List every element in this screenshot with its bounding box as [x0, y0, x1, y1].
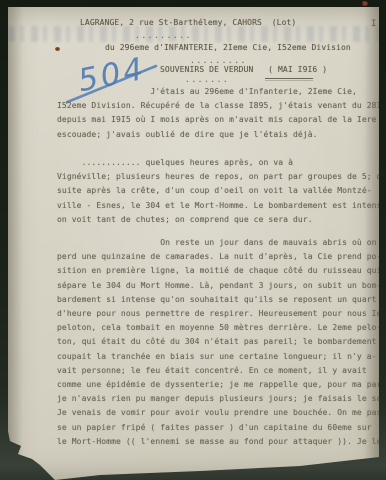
- ink-spot-stain: [55, 47, 60, 51]
- photo-background: LAGRANGE, 2 rue St-Barthélemy, CAHORS (L…: [0, 0, 386, 480]
- page-number: I: [371, 19, 377, 29]
- header-dots-2: .........: [190, 56, 247, 65]
- document-title: SOUVENIRS DE VERDUN ( MAI I9I6 ): [160, 65, 327, 74]
- corner-tear-mark: [362, 1, 368, 6]
- body-paragraph-2: ............ quelques heures après, on v…: [57, 156, 379, 227]
- title-underline: [265, 78, 313, 79]
- header-dots-1: .........: [135, 31, 192, 40]
- ink-bleed-ghost: [8, 26, 379, 42]
- body-paragraph-3: On reste un jour dans de mauvais abris o…: [57, 236, 379, 449]
- document-page: LAGRANGE, 2 rue St-Barthélemy, CAHORS (L…: [8, 7, 379, 480]
- header-dots-3: .......: [185, 75, 229, 84]
- body-paragraph-1: J'étais au 296eme d'Infanterie, 2Ieme Ci…: [57, 85, 379, 142]
- header-address-line: LAGRANGE, 2 rue St-Barthélemy, CAHORS (L…: [80, 18, 296, 27]
